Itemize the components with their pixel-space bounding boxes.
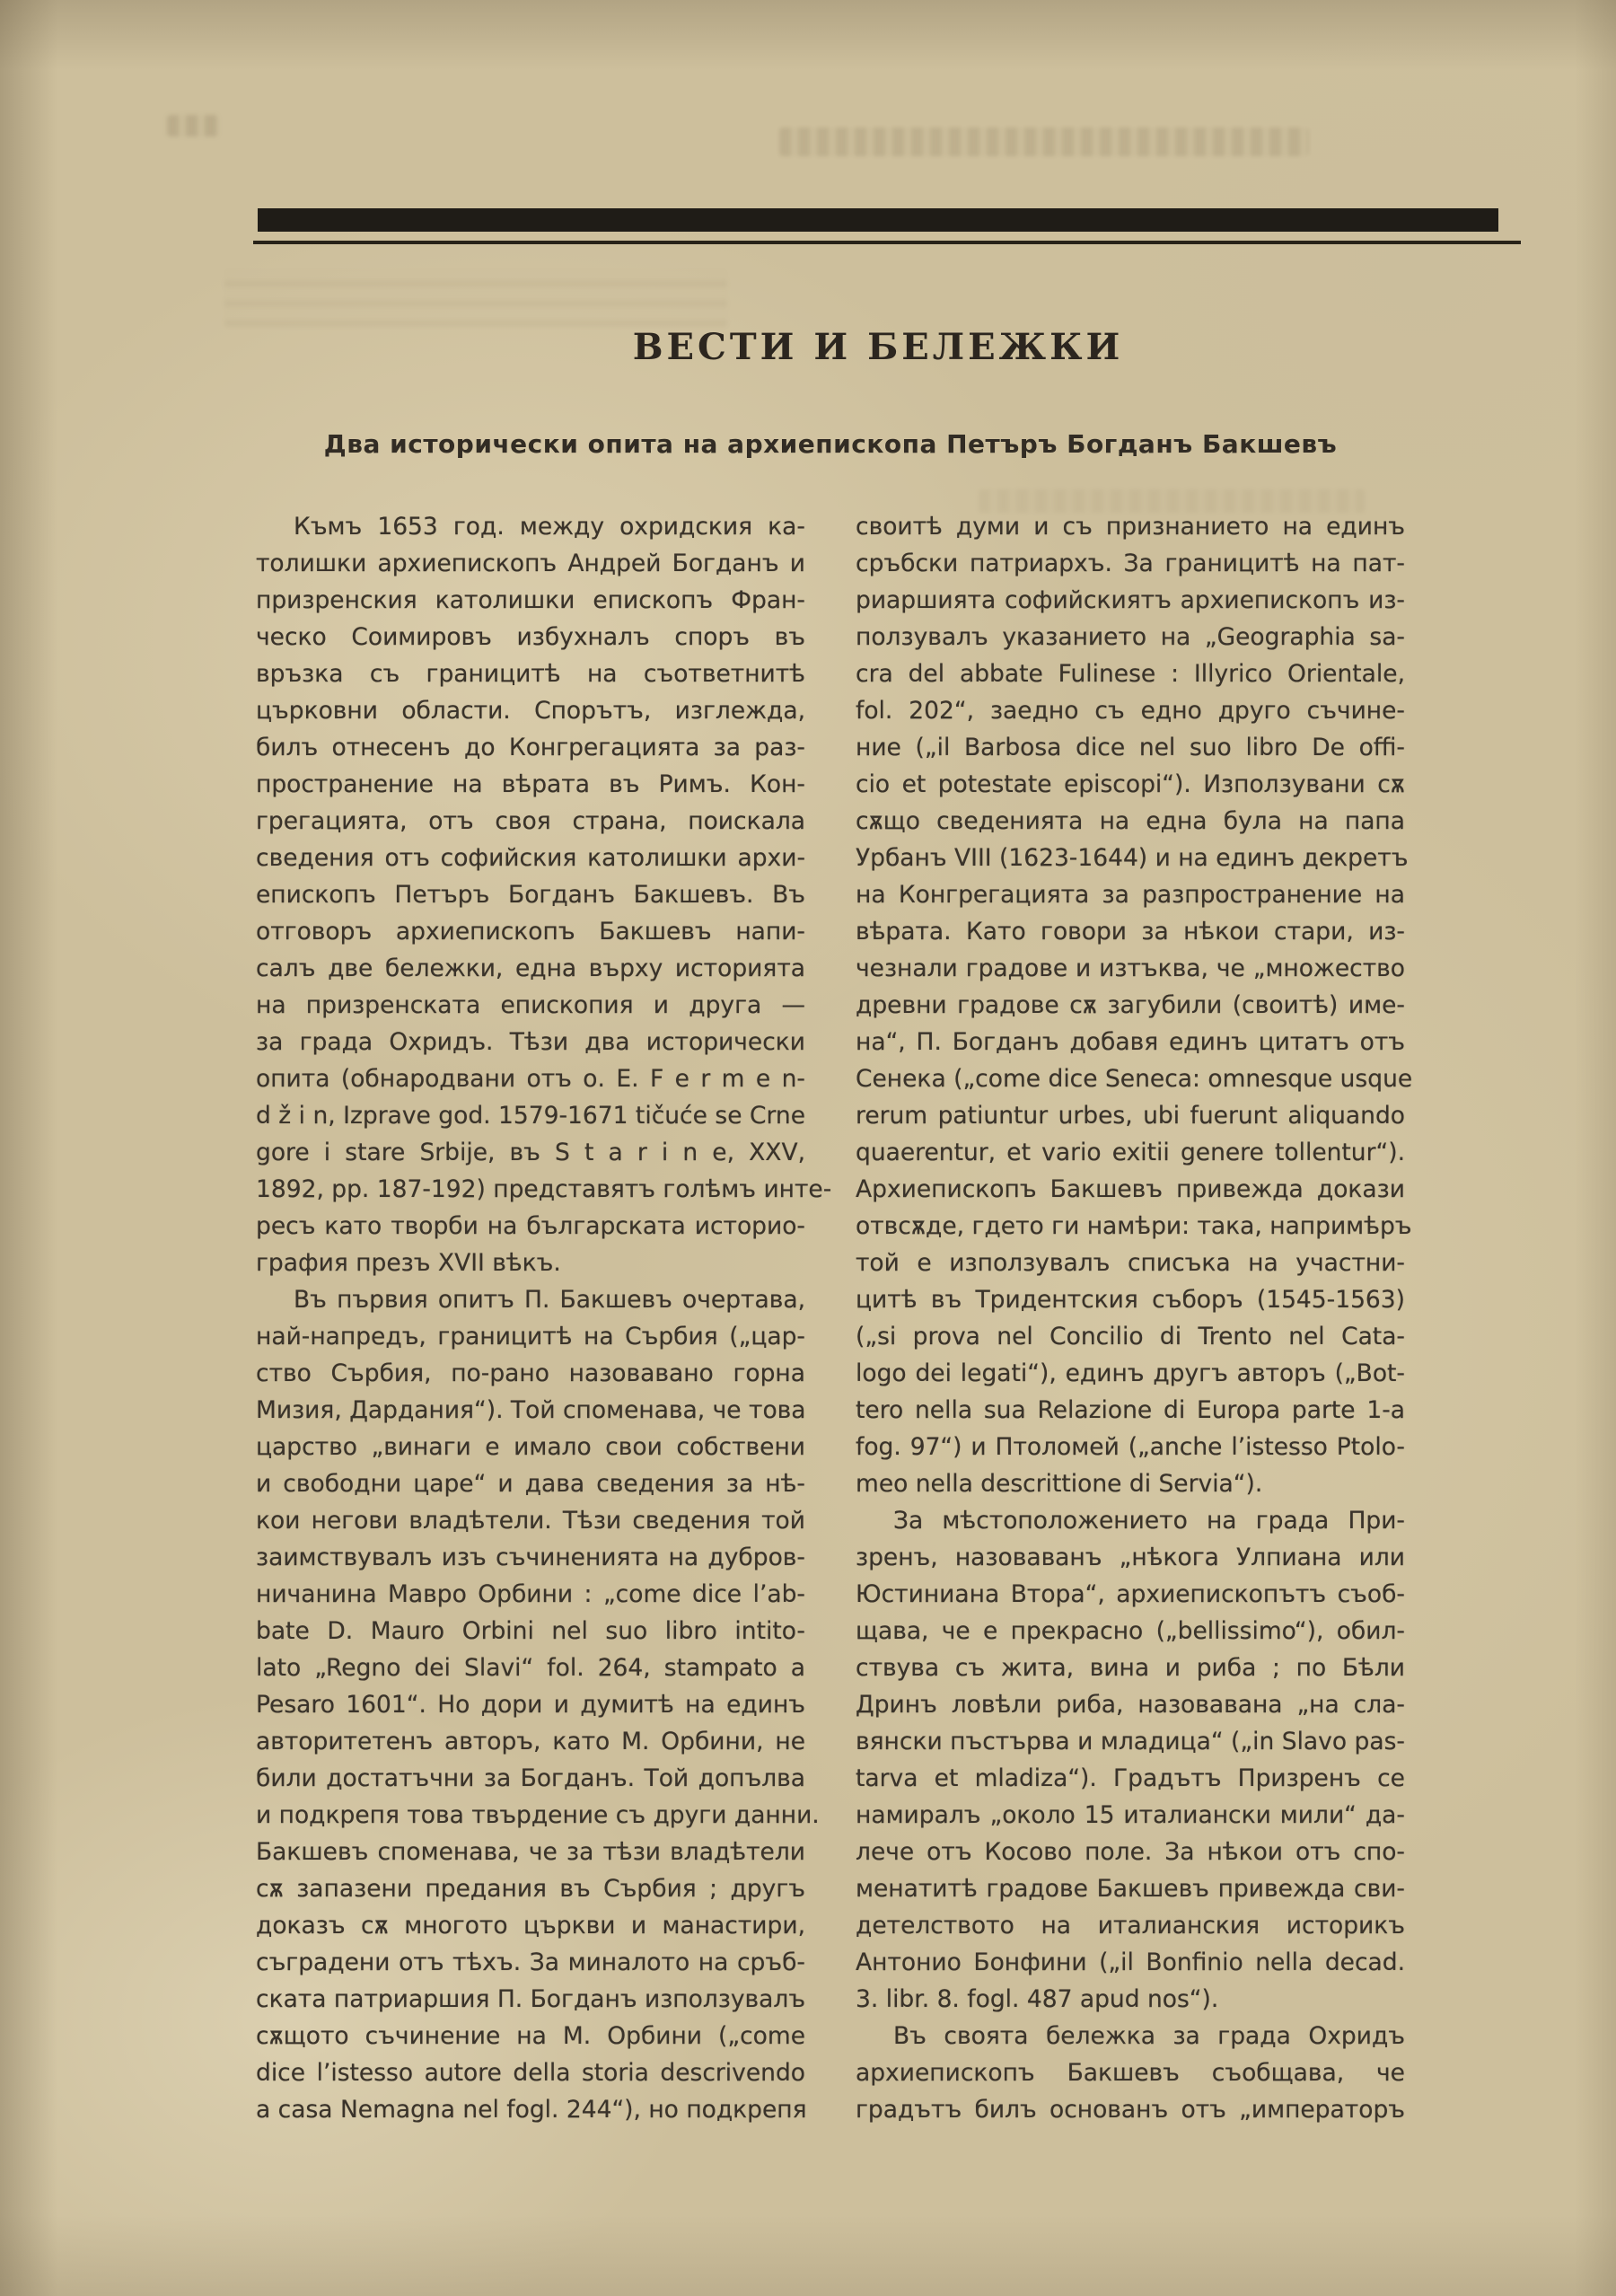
text-line: ползувалъ указанието на „Geographia sa- bbox=[856, 619, 1405, 655]
text-line: на призренската епископия и друга — bbox=[256, 987, 805, 1024]
text-line: Архиепископъ Бакшевъ привежда докази bbox=[856, 1171, 1405, 1208]
text-line: вѣрата. Като говори за нѣкои стари, из- bbox=[856, 913, 1405, 950]
text-line: кои негови владѣтели. Тѣзи сведения той bbox=[256, 1502, 805, 1539]
text-line: ничанина Мавро Орбини : „come dice l’ab- bbox=[256, 1576, 805, 1613]
text-line: meo nella descrittione di Servia“). bbox=[856, 1465, 1405, 1502]
text-line: rerum patiuntur urbes, ubi fuerunt aliqu… bbox=[856, 1097, 1405, 1134]
text-columns: Къмъ 1653 год. между охридския ка-толишк… bbox=[256, 508, 1405, 2128]
text-line: a casa Nemagna nel fogl. 244“), но подкр… bbox=[256, 2091, 805, 2128]
text-line: Урбанъ VIII (1623-1644) и на единъ декре… bbox=[856, 840, 1405, 876]
text-line: Pesaro 1601“. Но дори и думитѣ на единъ bbox=[256, 1686, 805, 1723]
text-line: връзка съ границитѣ на съответнитѣ bbox=[256, 655, 805, 692]
text-line: на Конгрегацията за разпространение на bbox=[856, 876, 1405, 913]
text-line: графия презъ XVII вѣкъ. bbox=[256, 1245, 805, 1281]
text-line: logo dei legati“), единъ другъ авторъ („… bbox=[856, 1355, 1405, 1392]
text-line: и подкрепя това твърдение съ други данни… bbox=[256, 1797, 805, 1834]
text-line: отвсѫде, гдето ги намѣри: така, напримѣр… bbox=[856, 1208, 1405, 1245]
text-line: сѫщото съчинение на М. Орбини („come bbox=[256, 2018, 805, 2054]
text-line: били достатъчни за Богданъ. Той допълва bbox=[256, 1760, 805, 1797]
bleed-through-page-number bbox=[167, 115, 219, 136]
text-line: щава, че е прекрасно („bellissimo“), оби… bbox=[856, 1613, 1405, 1649]
text-line: Антонио Бонфини („il Bonfinio nella deca… bbox=[856, 1944, 1405, 1981]
text-line: вянски пъстърва и младица“ („in Slavo pa… bbox=[856, 1723, 1405, 1760]
article-title: Два исторически опита на архиепископа Пе… bbox=[256, 429, 1405, 459]
text-line: Сенека („come dice Seneca: omnesque usqu… bbox=[856, 1060, 1405, 1097]
text-line: заимствувалъ изъ съчиненията на дубров- bbox=[256, 1539, 805, 1576]
text-line: намиралъ „около 15 италиански мили“ да- bbox=[856, 1797, 1405, 1834]
text-line: църковни области. Спорътъ, изглежда, bbox=[256, 692, 805, 729]
text-column-left: Къмъ 1653 год. между охридския ка-толишк… bbox=[256, 508, 805, 2128]
text-line: своитѣ думи и съ признанието на единъ bbox=[856, 508, 1405, 545]
text-line: сѫщо сведенията на една була на папа bbox=[856, 803, 1405, 840]
text-line: Въ своята бележка за града Охридъ bbox=[856, 2018, 1405, 2054]
text-line: lato „Regno dei Slavi“ fol. 264, stampat… bbox=[256, 1649, 805, 1686]
text-line: cio et potestate episcopi“). Използувани… bbox=[856, 766, 1405, 803]
text-line: Въ първия опитъ П. Бакшевъ очертава, bbox=[256, 1281, 805, 1318]
text-line: на“, П. Богданъ добавя единъ цитатъ отъ bbox=[856, 1024, 1405, 1060]
text-line: ресъ като творби на българската историо- bbox=[256, 1208, 805, 1245]
text-column-right: своитѣ думи и съ признанието на единъсръ… bbox=[856, 508, 1405, 2128]
text-line: лече отъ Косово поле. За нѣкои отъ спо- bbox=[856, 1834, 1405, 1870]
text-line: bate D. Mauro Orbini nel suo libro intit… bbox=[256, 1613, 805, 1649]
text-line: той е използувалъ списъка на участни- bbox=[856, 1245, 1405, 1281]
text-line: детелството на италианския историкъ bbox=[856, 1907, 1405, 1944]
text-line: сръбски патриархъ. За границитѣ на пат- bbox=[856, 545, 1405, 582]
text-line: ство Сърбия, по-рано назовавано горна bbox=[256, 1355, 805, 1392]
text-line: отговоръ архиепископъ Бакшевъ напи- bbox=[256, 913, 805, 950]
text-line: Бакшевъ споменава, че за тѣзи владѣтели bbox=[256, 1834, 805, 1870]
text-line: Дринъ ловѣли риба, назовавана „на сла- bbox=[856, 1686, 1405, 1723]
text-line: зренъ, назоваванъ „нѣкога Улпиана или bbox=[856, 1539, 1405, 1576]
text-line: цитѣ въ Тридентския съборъ (1545-1563) bbox=[856, 1281, 1405, 1318]
text-line: и свободни царе“ и дава сведения за нѣ- bbox=[256, 1465, 805, 1502]
text-line: Мизия, Дардания“). Той споменава, че тов… bbox=[256, 1392, 805, 1429]
text-line: ствува съ жита, вина и риба ; по Бѣли bbox=[856, 1649, 1405, 1686]
text-line: tarva et mladiza“). Градътъ Призренъ се bbox=[856, 1760, 1405, 1797]
scanned-page: ВЕСТИ И БЕЛЕЖКИ Два исторически опита на… bbox=[0, 0, 1616, 2296]
text-line: толишки архиепископъ Андрей Богданъ и bbox=[256, 545, 805, 582]
text-line: авторитетенъ авторъ, като М. Орбини, не bbox=[256, 1723, 805, 1760]
text-line: ската патриаршия П. Богданъ използувалъ bbox=[256, 1981, 805, 2018]
text-line: d ž i n, Izprave god. 1579-1671 tičuće s… bbox=[256, 1097, 805, 1134]
text-line: fog. 97“) и Птоломей („anche l’istesso P… bbox=[856, 1429, 1405, 1465]
text-line: съградени отъ тѣхъ. За миналото на сръб- bbox=[256, 1944, 805, 1981]
text-line: gore i stare Srbije, въ S t a r i n e, X… bbox=[256, 1134, 805, 1171]
text-line: градътъ билъ основанъ отъ „императоръ bbox=[856, 2091, 1405, 2128]
text-line: cra del abbate Fulinese : Illyrico Orien… bbox=[856, 655, 1405, 692]
text-line: dice l’istesso autore della storia descr… bbox=[256, 2054, 805, 2091]
text-line: ние („il Barbosa dice nel suo libro De o… bbox=[856, 729, 1405, 766]
text-line: салъ две бележки, една върху историята bbox=[256, 950, 805, 987]
text-line: епископъ Петъръ Богданъ Бакшевъ. Въ bbox=[256, 876, 805, 913]
section-title: ВЕСТИ И БЕЛЕЖКИ bbox=[258, 326, 1498, 368]
text-line: доказъ сѫ многото църкви и манастири, bbox=[256, 1907, 805, 1944]
text-line: риаршията софийскиятъ архиепископъ из- bbox=[856, 582, 1405, 619]
bleed-through-header-text bbox=[779, 128, 1309, 156]
text-line: Къмъ 1653 год. между охридския ка- bbox=[256, 508, 805, 545]
header-rule-thick bbox=[258, 208, 1498, 232]
text-line: за града Охридъ. Тѣзи два исторически bbox=[256, 1024, 805, 1060]
text-line: ческо Соимировъ избухналъ споръ въ bbox=[256, 619, 805, 655]
text-line: За мѣстоположението на града При- bbox=[856, 1502, 1405, 1539]
text-line: Юстиниана Втора“, архиепископътъ съоб- bbox=[856, 1576, 1405, 1613]
text-line: quaerentur, et vario exitii genere tolle… bbox=[856, 1134, 1405, 1171]
text-line: 3. libr. 8. fogl. 487 apud nos“). bbox=[856, 1981, 1405, 2018]
text-line: опита (обнародвани отъ о. E. F e r m e n… bbox=[256, 1060, 805, 1097]
text-line: („si prova nel Concilio di Trento nel Ca… bbox=[856, 1318, 1405, 1355]
text-line: грегацията, отъ своя страна, поискала bbox=[256, 803, 805, 840]
text-line: сѫ запазени предания въ Сърбия ; другъ bbox=[256, 1870, 805, 1907]
text-line: призренския католишки епископъ Фран- bbox=[256, 582, 805, 619]
text-line: сведения отъ софийския католишки архи- bbox=[256, 840, 805, 876]
header-rule-thin bbox=[253, 241, 1521, 244]
text-line: древни градове сѫ загубили (своитѣ) име- bbox=[856, 987, 1405, 1024]
text-line: билъ отнесенъ до Конгрегацията за раз- bbox=[256, 729, 805, 766]
text-line: царство „винаги е имало свои собствени bbox=[256, 1429, 805, 1465]
text-line: чезнали градове и изтъква, че „множество bbox=[856, 950, 1405, 987]
bleed-through-paragraph bbox=[224, 269, 727, 327]
text-line: менатитѣ градове Бакшевъ привежда сви- bbox=[856, 1870, 1405, 1907]
text-line: 1892, pp. 187-192) представятъ голѣмъ ин… bbox=[256, 1171, 805, 1208]
text-line: tero nella sua Relazione di Europa parte… bbox=[856, 1392, 1405, 1429]
text-line: архиепископъ Бакшевъ съобщава, че bbox=[856, 2054, 1405, 2091]
text-line: пространение на вѣрата въ Римъ. Кон- bbox=[256, 766, 805, 803]
text-line: най-напредъ, границитѣ на Сърбия („цар- bbox=[256, 1318, 805, 1355]
text-line: fol. 202“, заедно съ едно друго съчине- bbox=[856, 692, 1405, 729]
